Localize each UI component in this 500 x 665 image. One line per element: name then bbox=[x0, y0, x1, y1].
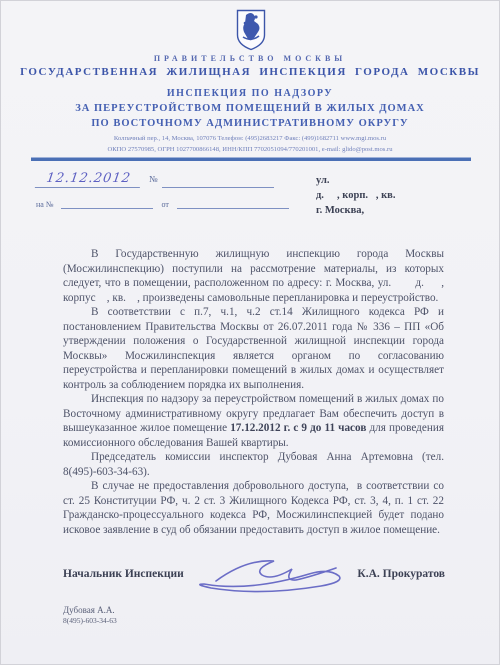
signer-title: Начальник Инспекции bbox=[63, 568, 184, 580]
moscow-coat-of-arms-icon bbox=[236, 9, 266, 51]
body-paragraph-5: В случае не предоставления добровольного… bbox=[63, 479, 444, 537]
handwritten-date: 12.12.2012 bbox=[35, 171, 142, 188]
addressee-house: д. , корп. , кв. bbox=[316, 188, 395, 203]
scanned-letter-page: ПРАВИТЕЛЬСТВО МОСКВЫ ГОСУДАРСТВЕННАЯ ЖИЛ… bbox=[0, 0, 500, 665]
na-number-label: на № bbox=[36, 200, 53, 209]
header-address-line2: ОКПО 27570985, ОГРН 1027700866148, ИНН/К… bbox=[1, 146, 499, 153]
addressee-city: г. Москва, bbox=[316, 203, 395, 218]
header-inspection-line1: ИНСПЕКЦИЯ ПО НАДЗОРУ bbox=[1, 88, 499, 99]
number-label: № bbox=[149, 174, 158, 184]
body-paragraph-4: Председатель комиссии инспектор Дубовая … bbox=[63, 450, 444, 479]
addressee-block: ул. д. , корп. , кв. г. Москва, bbox=[316, 173, 395, 218]
body-paragraph-2: В соответствии с п.7, ч.1, ч.2 ст.14 Жил… bbox=[63, 305, 444, 392]
incoming-date-blank bbox=[177, 197, 289, 209]
body-paragraph-3: Инспекция по надзору за переустройством … bbox=[63, 392, 444, 450]
header-government: ПРАВИТЕЛЬСТВО МОСКВЫ bbox=[1, 54, 499, 63]
header-inspection-line3: ПО ВОСТОЧНОМУ АДМИНИСТРАТИВНОМУ ОКРУГУ bbox=[1, 118, 499, 129]
header-organization: ГОСУДАРСТВЕННАЯ ЖИЛИЩНАЯ ИНСПЕКЦИЯ ГОРОД… bbox=[1, 66, 499, 78]
number-blank bbox=[162, 176, 274, 188]
executor-phone: 8(495)-603-34-63 bbox=[63, 616, 117, 625]
header-inspection-line2: ЗА ПЕРЕУСТРОЙСТВОМ ПОМЕЩЕНИЙ В ЖИЛЫХ ДОМ… bbox=[1, 103, 499, 114]
signature-row: Начальник Инспекции К.А. Прокуратов bbox=[63, 568, 445, 580]
addressee-street: ул. bbox=[316, 173, 395, 188]
header-divider-rule bbox=[31, 157, 471, 161]
executor-name: Дубовая А.А. bbox=[63, 605, 115, 615]
ot-label: от bbox=[161, 200, 168, 209]
body-paragraph-1: В Государственную жилищную инспекцию гор… bbox=[63, 247, 444, 305]
reference-row-date: 12.12.2012№ bbox=[36, 171, 274, 188]
access-datetime-bold: 17.12.2012 г. с 9 до 11 часов bbox=[230, 422, 366, 434]
letter-body: В Государственную жилищную инспекцию гор… bbox=[63, 247, 444, 537]
incoming-number-blank bbox=[61, 197, 153, 209]
header-address-line1: Колпачный пер., 14, Москва, 107076 Телеф… bbox=[1, 135, 499, 142]
signer-name: К.А. Прокуратов bbox=[357, 568, 445, 580]
reference-row-incoming: на № от bbox=[36, 197, 289, 209]
